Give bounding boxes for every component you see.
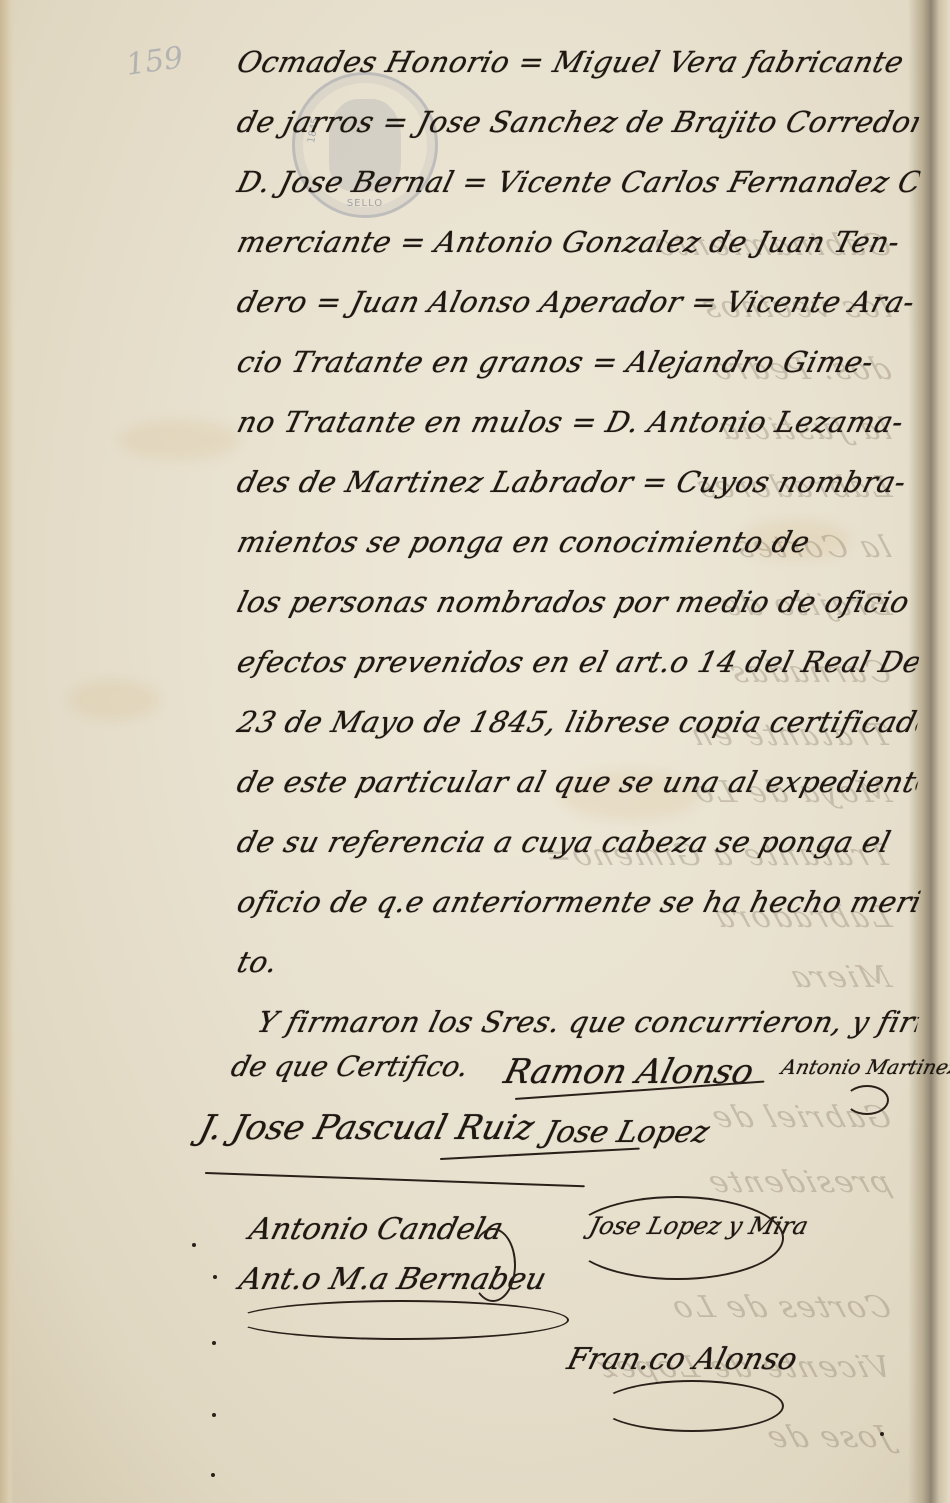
ink-dot	[880, 1432, 884, 1436]
bleed-through-text: Jose de	[14, 1420, 895, 1455]
text-line: de su referencia a cuya cabeza se ponga …	[231, 812, 926, 872]
text-line: D. Jose Bernal = Vicente Carlos Fernande…	[231, 152, 926, 212]
signature-flourish	[235, 1300, 569, 1340]
signature-flourish	[570, 1196, 784, 1280]
text-line: los personas nombrados por medio de ofic…	[231, 572, 926, 632]
text-line: to.	[231, 932, 926, 992]
text-line: Ocmades Honorio = Miguel Vera fabricante	[231, 32, 926, 92]
text-line: efectos prevenidos en el art.o 14 del Re…	[231, 632, 926, 692]
signature-jose-lopez: Jose Lopez	[541, 1115, 713, 1150]
text-line: des de Martinez Labrador = Cuyos nombra-	[231, 452, 926, 512]
text-line: Y firmaron los Sres. que concurrieron, y…	[231, 992, 926, 1052]
text-line: no Tratante en mulos = D. Antonio Lezama…	[231, 392, 926, 452]
signature-antonio-candela: Antonio Candela	[246, 1212, 507, 1247]
signature-flourish	[845, 1085, 889, 1115]
manuscript-page: Gabinamiento los vecinos dos. Pedro la J…	[0, 0, 950, 1503]
text-line: 23 de Mayo de 1845, librese copia certif…	[231, 692, 926, 752]
text-line: dero = Juan Alonso Aperador = Vicente Ar…	[231, 272, 926, 332]
ink-dot	[212, 1413, 216, 1417]
signature-ramon-alonso: Ramon Alonso	[500, 1052, 758, 1092]
text-line: mientos se ponga en conocimiento de	[231, 512, 926, 572]
text-line: de jarros = Jose Sanchez de Brajito Corr…	[231, 92, 926, 152]
certification-text: de que Certifico.	[228, 1050, 472, 1083]
binding-edge	[0, 0, 14, 1503]
text-line: cio Tratante en granos = Alejandro Gime-	[231, 332, 926, 392]
manuscript-body: Ocmades Honorio = Miguel Vera fabricante…	[238, 32, 918, 1052]
signature-antonio-martinez: Antonio Martinez	[779, 1055, 950, 1079]
ink-dot	[192, 1243, 196, 1247]
signature-jose-pascual-ruiz: J. Jose Pascual Ruiz	[195, 1108, 538, 1148]
signature-flourish	[470, 1228, 516, 1302]
signature-flourish	[600, 1380, 784, 1432]
signature-francisco-alonso: Fran.co Alonso	[564, 1342, 801, 1377]
text-line: oficio de q.e anteriormente se ha hecho …	[231, 872, 926, 932]
ink-dot	[211, 1473, 215, 1477]
ink-dot	[212, 1341, 216, 1345]
text-line: merciante = Antonio Gonzalez de Juan Ten…	[231, 212, 926, 272]
folio-number: 159	[124, 40, 186, 83]
ink-dot	[213, 1275, 217, 1279]
text-line: de este particular al que se una al expe…	[231, 752, 926, 812]
